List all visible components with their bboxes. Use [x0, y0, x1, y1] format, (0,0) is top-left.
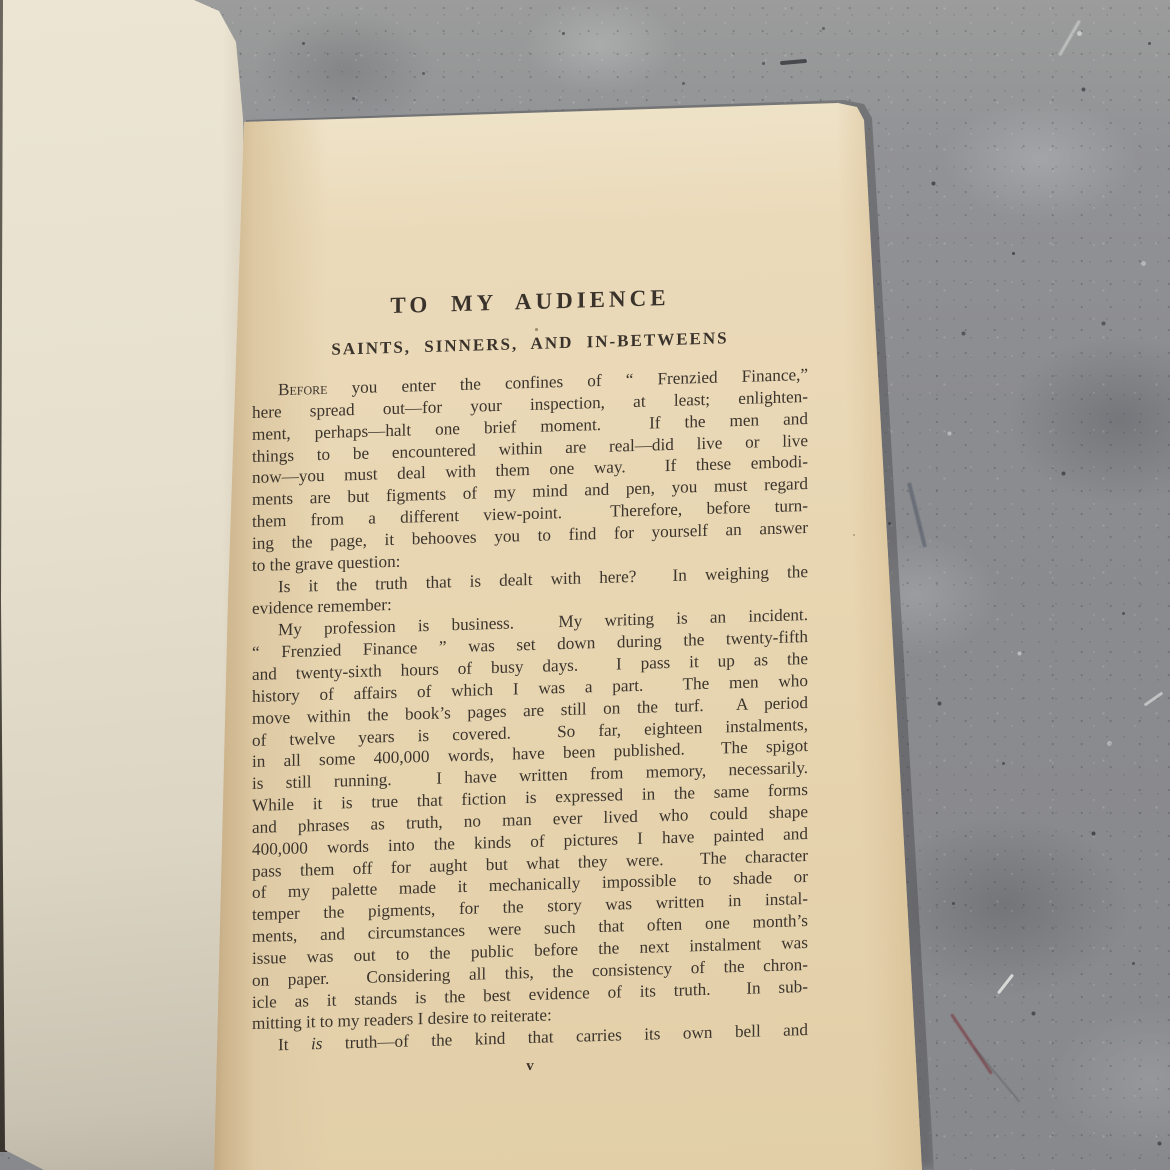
paragraph: My profession is business. My writing is…	[252, 604, 808, 1035]
body-text: Before you enter the confines of “ Frenz…	[252, 364, 808, 1057]
photo-of-open-book: TO MY AUDIENCE SAINTS, SINNERS, AND IN-B…	[0, 0, 1170, 1170]
paragraph: Before you enter the confines of “ Frenz…	[252, 364, 808, 577]
left-page	[0, 0, 252, 1170]
paper-blemish	[853, 534, 855, 536]
page-subtitle: SAINTS, SINNERS, AND IN-BETWEENS	[252, 324, 808, 363]
printed-page-content: TO MY AUDIENCE SAINTS, SINNERS, AND IN-B…	[252, 280, 808, 1083]
